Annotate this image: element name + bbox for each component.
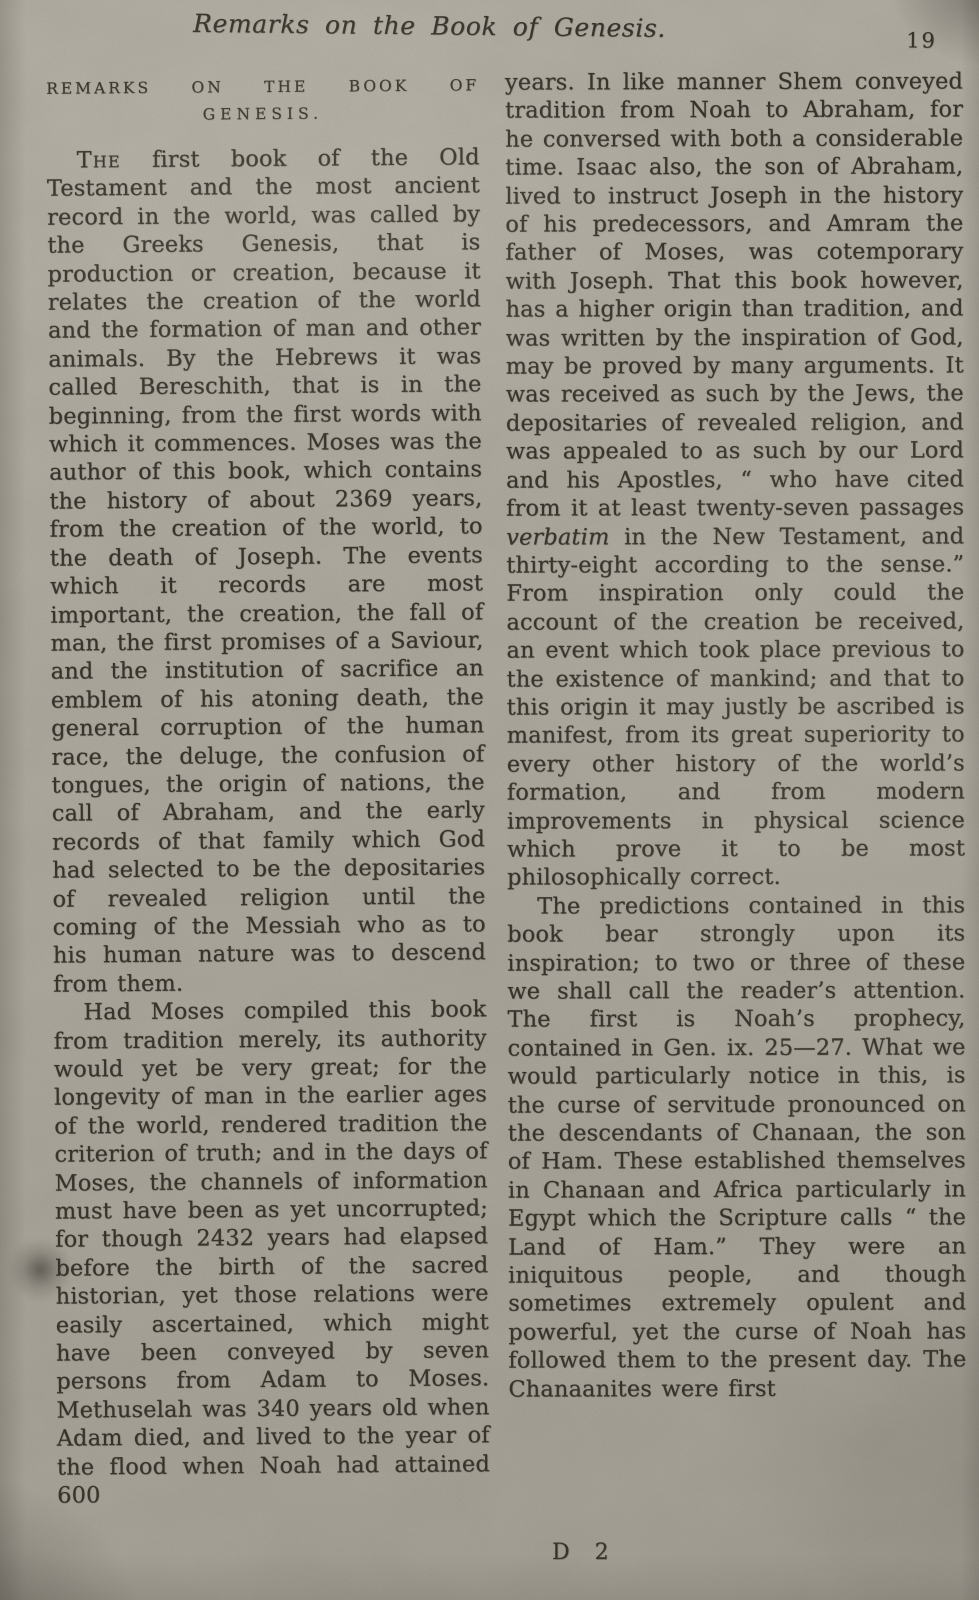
paragraph-predictions: The predictions contained in this book b… bbox=[507, 891, 966, 1404]
right-column: years. In like manner Shem conveyed trad… bbox=[505, 67, 967, 1509]
paragraph-text: in the New Testament, and thirty-eight a… bbox=[506, 523, 965, 891]
verbatim-italic-word: verbatim bbox=[506, 524, 609, 550]
article-heading-line2: GENESIS. bbox=[46, 103, 479, 124]
paragraph-text: first book of the Old Testament and the … bbox=[47, 144, 486, 997]
text-columns: REMARKS ON THE BOOK OF GENESIS. The firs… bbox=[46, 68, 963, 1509]
paragraph-genesis-intro: The first book of the Old Testament and … bbox=[47, 143, 487, 999]
paragraph-moses-tradition: Had Moses compiled this book from tradit… bbox=[53, 995, 490, 1510]
lead-word-small-caps: The bbox=[77, 147, 121, 173]
left-column: REMARKS ON THE BOOK OF GENESIS. The firs… bbox=[46, 66, 490, 1510]
running-header: Remarks on the Book of Genesis. 19 bbox=[0, 7, 979, 46]
article-heading-line1: REMARKS ON THE BOOK OF bbox=[46, 76, 479, 97]
book-page: Remarks on the Book of Genesis. 19 REMAR… bbox=[0, 0, 979, 1600]
paragraph-tradition-continued: years. In like manner Shem conveyed trad… bbox=[505, 67, 965, 892]
paragraph-text: years. In like manner Shem conveyed trad… bbox=[505, 68, 964, 521]
running-header-title: Remarks on the Book of Genesis. bbox=[0, 7, 859, 45]
page-number: 19 bbox=[906, 28, 937, 52]
article-heading: REMARKS ON THE BOOK OF GENESIS. bbox=[46, 76, 479, 124]
signature-mark: D 2 bbox=[552, 1540, 618, 1565]
